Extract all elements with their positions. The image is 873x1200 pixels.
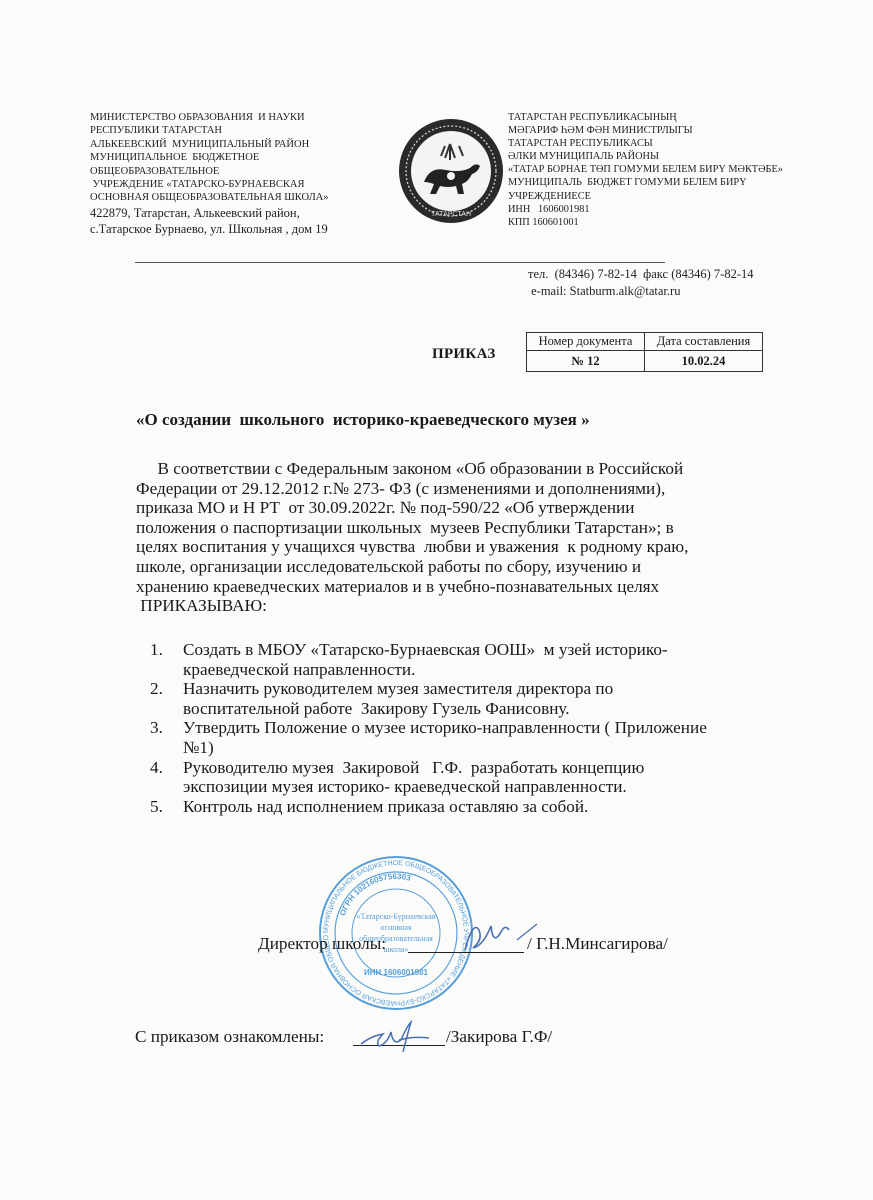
preamble-line: В соответствии с Федеральным законом «Об… [136,459,796,479]
header-right-line: МӘГАРИФ ҺӘМ ФӘН МИНИСТРЛЫГЫ [508,124,828,137]
header-right-line: ТАТАРСТАН РЕСПУБЛИКАСЫНЫҢ [508,111,828,124]
phone-fax-line: тел. (84346) 7-82-14 факс (84346) 7-82-1… [528,266,754,283]
director-label: Директор школы: [258,934,386,954]
stamp-center-line: основная [380,923,412,932]
preamble-line: целях воспитания у учащихся чувства любв… [136,537,796,557]
header-right-institution: ТАТАРСТАН РЕСПУБЛИКАСЫНЫҢ МӘГАРИФ ҺӘМ ФӘ… [508,111,828,229]
header-left-line: МУНИЦИПАЛЬНОЕ БЮДЖЕТНОЕ [90,151,390,164]
order-item-text: Назначить руководителем музея заместител… [183,679,800,699]
order-item-number: 4. [150,758,163,778]
header-right-line: УЧРЕЖДЕНИЕСЕ [508,190,828,203]
header-left-line: РЕСПУБЛИКИ ТАТАРСТАН [90,124,390,137]
contacts-block: тел. (84346) 7-82-14 факс (84346) 7-82-1… [528,266,754,300]
header-left-line: МИНИСТЕРСТВО ОБРАЗОВАНИЯ И НАУКИ [90,111,390,124]
header-left-line: ОБЩЕОБРАЗОВАТЕЛЬНОЕ [90,165,390,178]
preamble-line: хранению краеведческих материалов и в уч… [136,577,796,597]
order-item-text: Создать в МБОУ «Татарско-Бурнаевская ООШ… [183,640,800,660]
header-right-line: ТАТАРСТАН РЕСПУБЛИКАСЫ [508,137,828,150]
order-preamble: В соответствии с Федеральным законом «Об… [136,459,796,616]
header-right-line: «ТАТАР БОРНАЕ ТӨП ГОМУМИ БЕЛЕМ БИРҮ МӘКТ… [508,163,828,176]
order-item-number: 2. [150,679,163,699]
emblem-ring-text: ТАТАРСТАН [431,211,471,218]
order-item-text: воспитательной работе Закирову Гузель Фа… [183,699,800,719]
address-line: с.Татарское Бурнаево, ул. Школьная , дом… [90,221,390,237]
order-item-text: экспозиции музея историко- краеведческой… [183,777,800,797]
preamble-line: положения о паспортизации школьных музее… [136,518,796,538]
preamble-line: школе, организации исследовательской раб… [136,557,796,577]
order-item-text: №1) [183,738,800,758]
preamble-line: Федерации от 29.12.2012 г.№ 273- ФЗ (с и… [136,479,796,499]
preamble-line: приказа МО и Н РТ от 30.09.2022г. № под-… [136,498,796,518]
header-left-line: АЛЬКЕЕВСКИЙ МУНИЦИПАЛЬНЫЙ РАЙОН [90,138,390,151]
order-item-text: Утвердить Положение о музее историко-нап… [183,718,800,738]
order-item-number: 5. [150,797,163,817]
stamp-center-line: школа» [383,945,408,954]
order-items-list: 1. Создать в МБОУ «Татарско-Бурнаевская … [150,640,800,816]
header-divider [135,262,665,263]
order-title: «О создании школьного историко-краеведче… [136,410,590,430]
order-item: 3. Утвердить Положение о музее историко-… [150,718,800,757]
order-item-text: Руководителю музея Закировой Г.Ф. разраб… [183,758,800,778]
document-meta-table: Номер документа Дата составления № 12 10… [526,332,763,372]
tatarstan-coat-of-arms-icon: ТАТАРСТАН [396,116,506,226]
order-item: 4. Руководителю музея Закировой Г.Ф. раз… [150,758,800,797]
order-item-text: Контроль над исполнением приказа оставля… [183,797,800,817]
order-item-number: 1. [150,640,163,660]
stamp-inn: ИНН 1606001981 [364,968,429,977]
document-type-heading: ПРИКАЗ [432,346,496,363]
kpp-line: КПП 160601001 [508,216,828,229]
doc-date-header: Дата составления [645,333,763,351]
order-item: 2. Назначить руководителем музея замести… [150,679,800,718]
order-item-text: краеведческой направленности. [183,660,800,680]
inn-line: ИНН 1606001981 [508,203,828,216]
doc-date-value: 10.02.24 [645,351,763,372]
director-name: / Г.Н.Минсагирова/ [527,934,668,954]
doc-number-value: № 12 [527,351,645,372]
header-left-line: УЧРЕЖДЕНИЕ «ТАТАРСКО-БУРНАЕВСКАЯ [90,178,390,191]
header-right-line: ӘЛКИ МУНИЦИПАЛЬ РАЙОНЫ [508,150,828,163]
header-right-line: МУНИЦИПАЛЬ БЮДЖЕТ ГОМУМИ БЕЛЕМ БИРҮ [508,176,828,189]
prikazyvayu-line: ПРИКАЗЫВАЮ: [136,596,796,616]
address-line: 422879, Татарстан, Алькеевский район, [90,205,390,221]
order-item: 5. Контроль над исполнением приказа оста… [150,797,800,817]
doc-number-header: Номер документа [527,333,645,351]
order-item: 1. Создать в МБОУ «Татарско-Бурнаевская … [150,640,800,679]
official-seal-stamp: МУНИЦИПАЛЬНОЕ БЮДЖЕТНОЕ ОБЩЕОБРАЗОВАТЕЛЬ… [316,853,476,1013]
acquainted-label: С приказом ознакомлены: [135,1027,324,1047]
header-left-institution: МИНИСТЕРСТВО ОБРАЗОВАНИЯ И НАУКИ РЕСПУБЛ… [90,111,390,237]
order-item-number: 3. [150,718,163,738]
stamp-center-line: «Татарско-Бурнаевская [357,912,436,921]
acquainted-name: /Закирова Г.Ф/ [446,1027,552,1047]
header-left-line: ОСНОВНАЯ ОБЩЕОБРАЗОВАТЕЛЬНАЯ ШКОЛА» [90,191,390,204]
email-line: e-mail: Statburm.alk@tatar.ru [528,283,754,300]
acquainted-signature-icon [355,1018,445,1058]
